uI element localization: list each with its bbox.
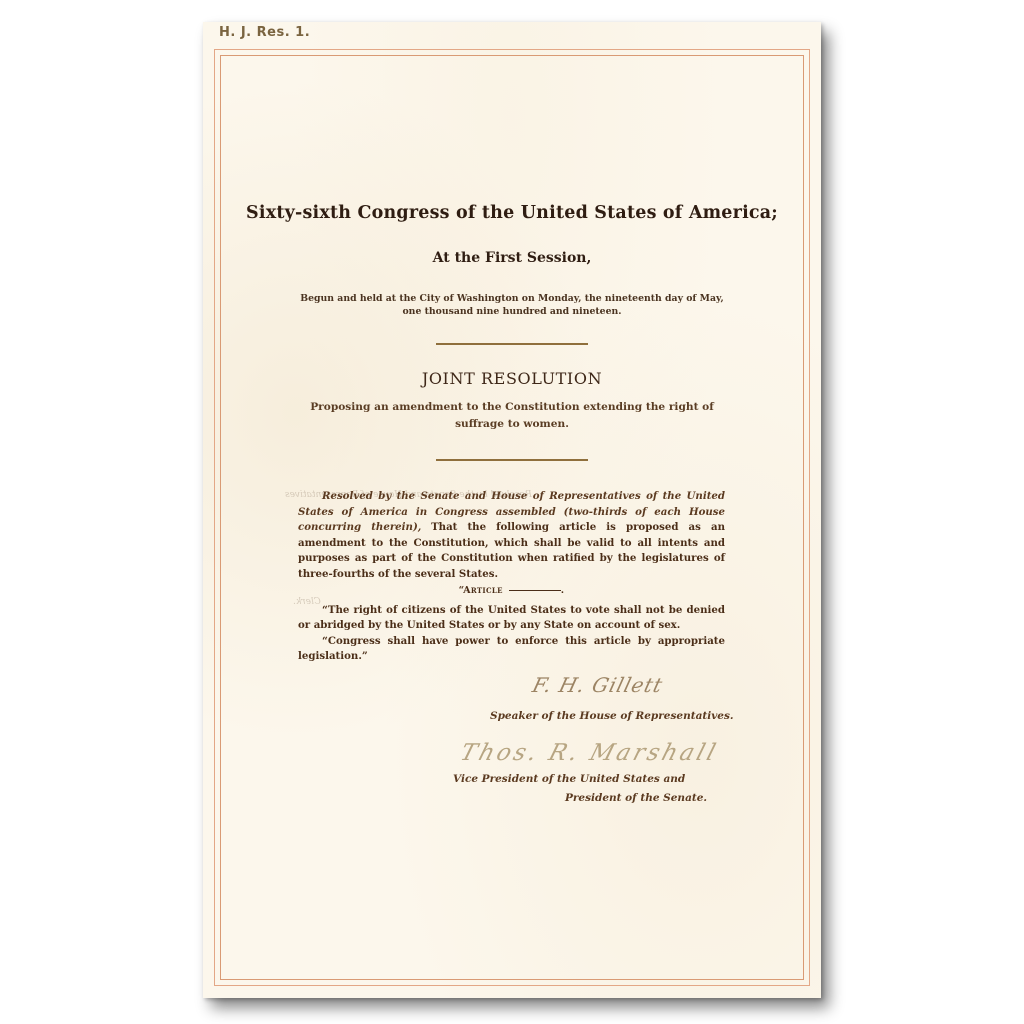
speaker-signature: F. H. Gillett xyxy=(530,673,666,697)
article-section-1: “The right of citizens of the United Sta… xyxy=(298,603,725,634)
congress-heading: Sixty-sixth Congress of the United State… xyxy=(203,203,821,223)
begun-statement: Begun and held at the City of Washington… xyxy=(263,292,761,318)
divider-rule-top xyxy=(436,343,588,345)
article-section-2: “Congress shall have power to enforce th… xyxy=(298,634,725,665)
session-heading: At the First Session, xyxy=(203,250,821,266)
resolution-body: Resolved by the Senate and House of Repr… xyxy=(298,489,725,665)
article-dash xyxy=(509,590,561,591)
resolution-label: H. J. Res. 1. xyxy=(219,25,310,40)
divider-rule-bottom xyxy=(436,459,588,461)
article-heading: “Article. xyxy=(298,583,725,599)
resolved-paragraph: Resolved by the Senate and House of Repr… xyxy=(298,489,725,582)
vice-president-title-line-2: President of the Senate. xyxy=(565,792,707,804)
speaker-title: Speaker of the House of Representatives. xyxy=(490,710,734,722)
begun-line-1: Begun and held at the City of Washington… xyxy=(263,292,761,305)
vice-president-title-line-1: Vice President of the United States and xyxy=(453,773,685,785)
document-page: H. J. Res. 1. Sixty-sixth Congress of th… xyxy=(203,22,821,998)
begun-line-2: one thousand nine hundred and nineteen. xyxy=(263,305,761,318)
joint-resolution-title: JOINT RESOLUTION xyxy=(203,369,821,388)
vice-president-signature: Thos. R. Marshall xyxy=(457,740,721,766)
resolution-subtitle: Proposing an amendment to the Constituti… xyxy=(293,399,731,433)
